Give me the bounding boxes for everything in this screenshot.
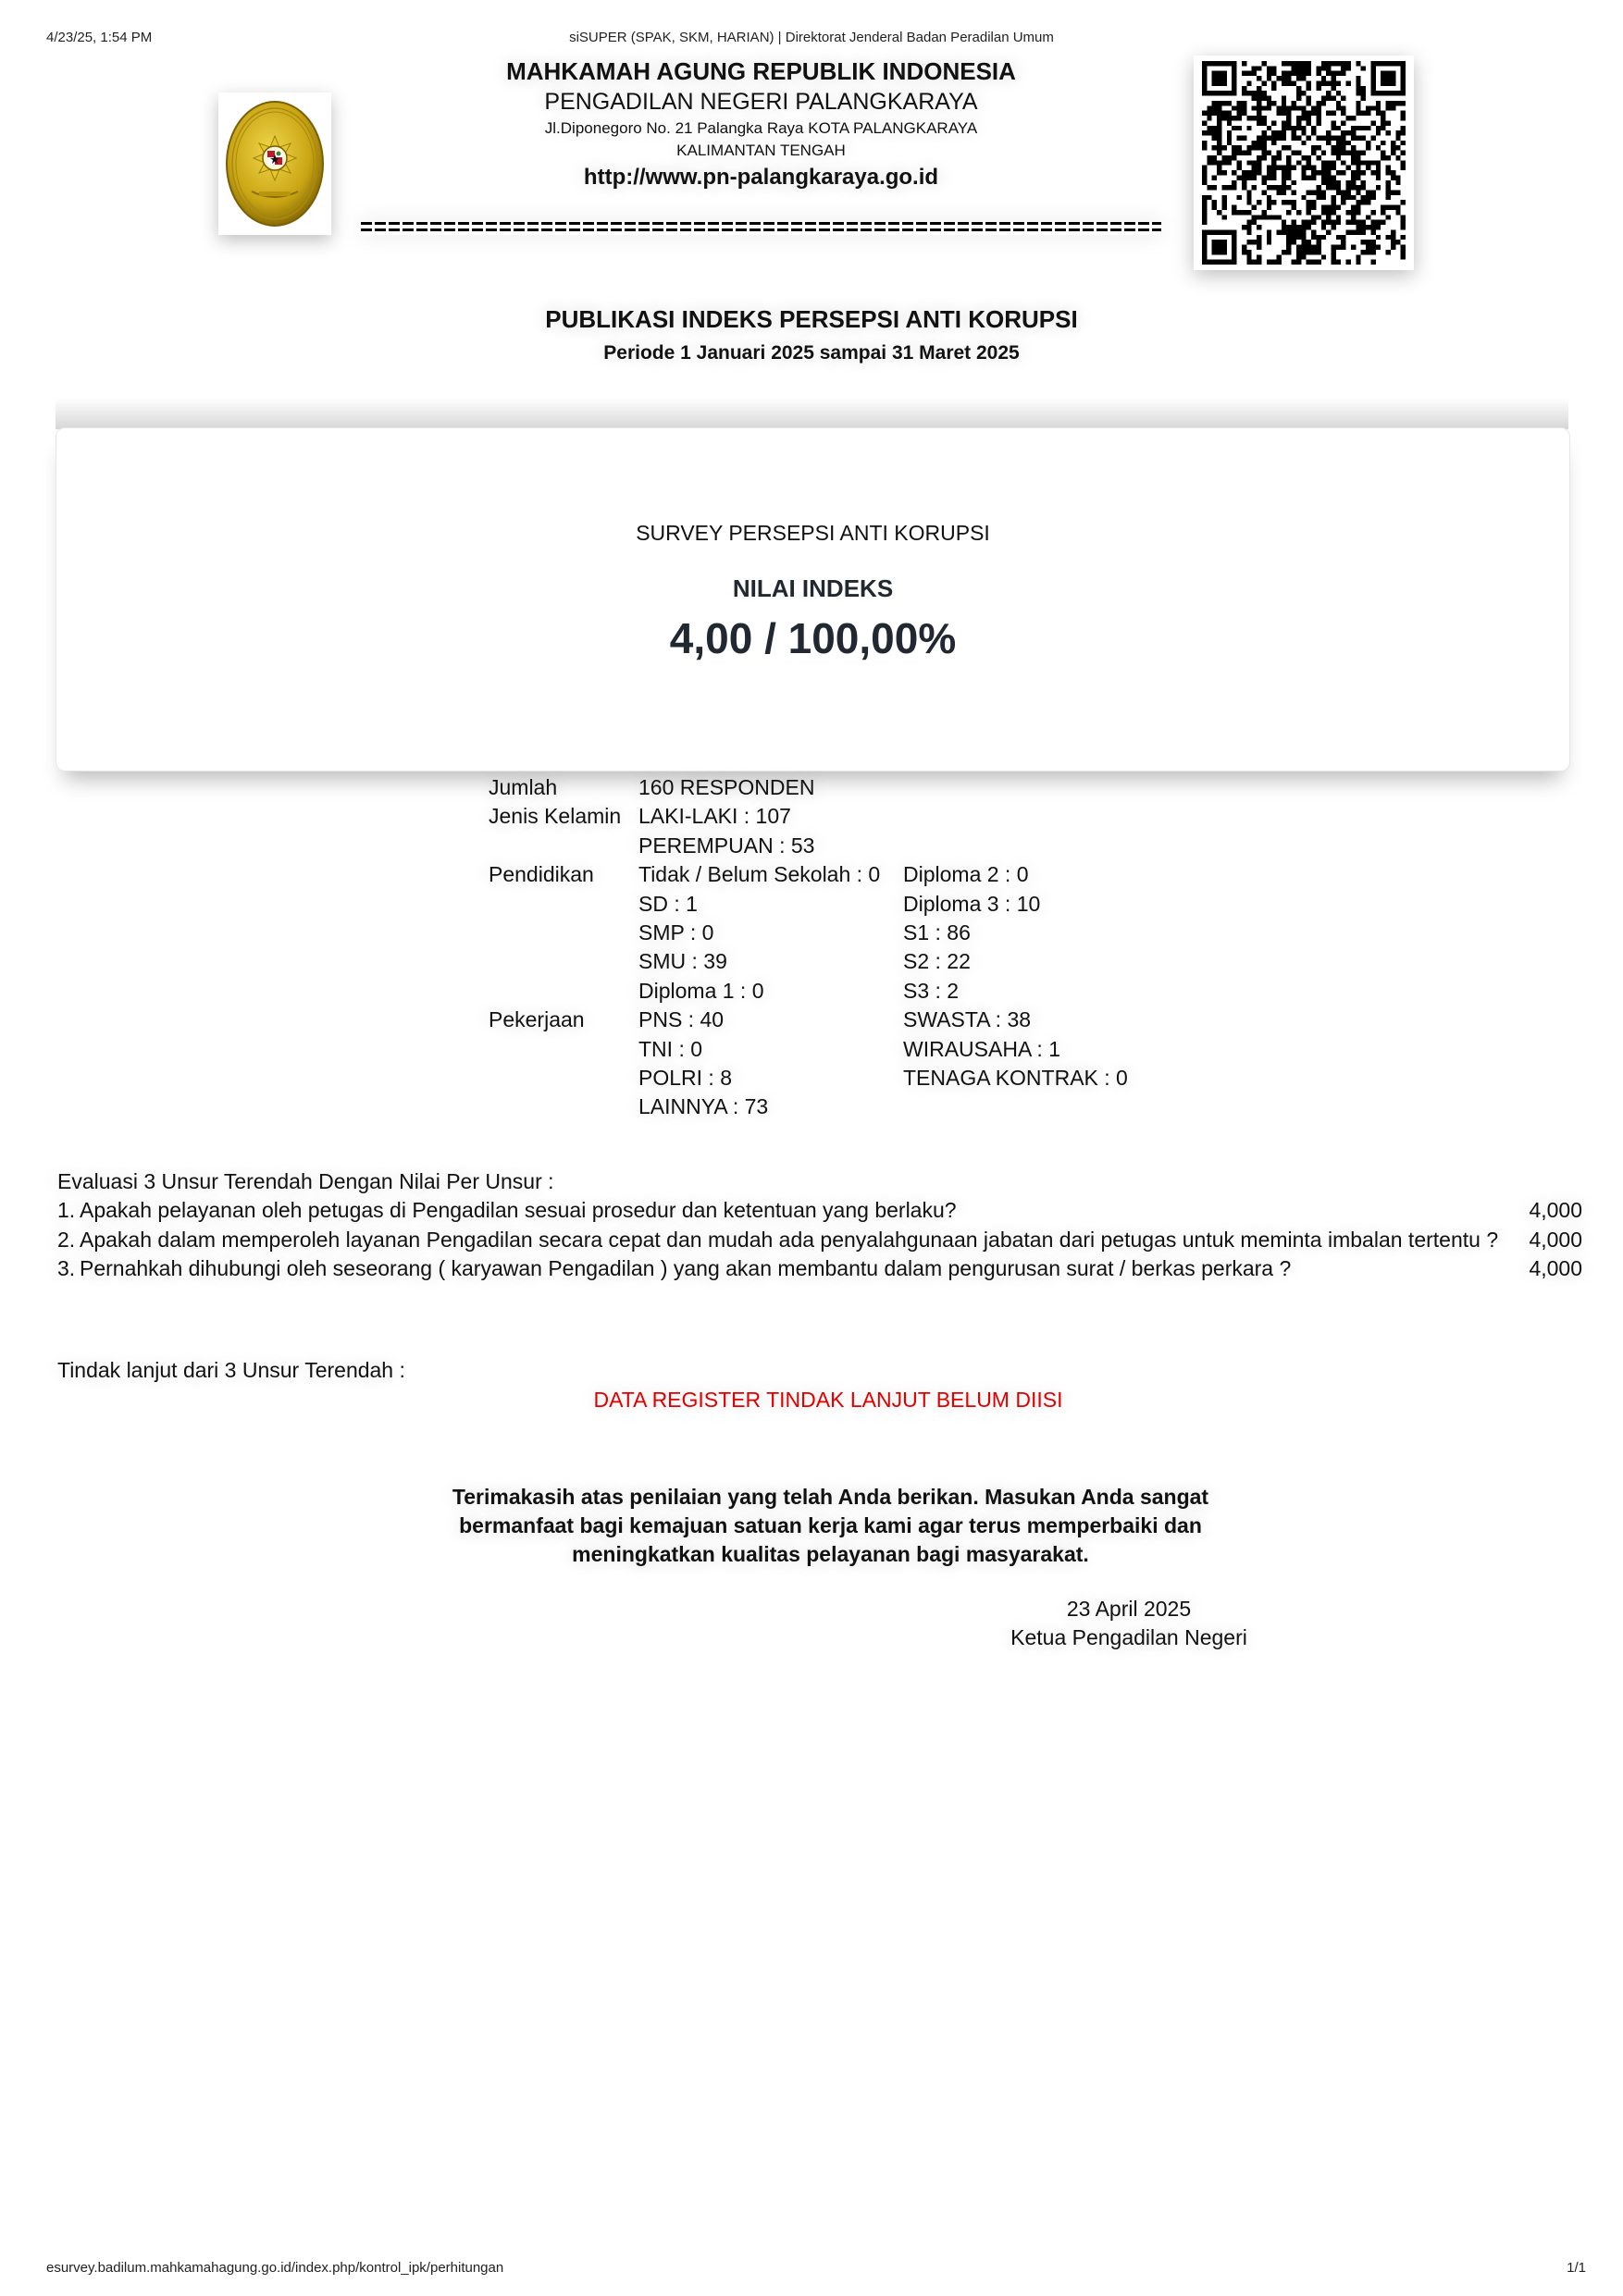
stats-value-col2: SWASTA : 38	[903, 1006, 1031, 1034]
evaluation-item: 3.Pernahkah dihubungi oleh seseorang ( k…	[57, 1254, 1582, 1283]
stats-row: Diploma 1 : 0S3 : 2	[489, 977, 1128, 1006]
stats-key	[489, 919, 638, 947]
stats-row: LAINNYA : 73	[489, 1092, 1128, 1121]
evaluation-score: 4,000	[1521, 1254, 1582, 1283]
stats-key: Jumlah	[489, 773, 638, 802]
stats-value-col1: LAKI-LAKI : 107	[638, 802, 903, 831]
stats-value-col2: S2 : 22	[903, 947, 971, 976]
evaluation-number: 3.	[57, 1254, 80, 1283]
index-sublabel: NILAI INDEKS	[56, 574, 1569, 603]
survey-label: SURVEY PERSEPSI ANTI KORUPSI	[56, 521, 1569, 546]
qr-code-box	[1194, 56, 1414, 270]
stats-value-col1: SMU : 39	[638, 947, 903, 976]
signatory-title: Ketua Pengadilan Negeri	[962, 1623, 1295, 1652]
stats-value-col1: PEREMPUAN : 53	[638, 832, 903, 860]
stats-value-col1: LAINNYA : 73	[638, 1092, 903, 1121]
stats-row: PEREMPUAN : 53	[489, 832, 1128, 860]
stats-row: PekerjaanPNS : 40SWASTA : 38	[489, 1006, 1128, 1034]
stats-value-col2: S3 : 2	[903, 977, 959, 1006]
stats-row: SD : 1Diploma 3 : 10	[489, 890, 1128, 919]
stats-value-col1: SD : 1	[638, 890, 903, 919]
evaluation-section: Evaluasi 3 Unsur Terendah Dengan Nilai P…	[57, 1167, 1582, 1284]
stats-value-col1: POLRI : 8	[638, 1064, 903, 1092]
stats-row: Jenis KelaminLAKI-LAKI : 107	[489, 802, 1128, 831]
stats-key	[489, 1064, 638, 1092]
letterhead-separator	[361, 222, 1161, 235]
signature-date: 23 April 2025	[962, 1595, 1295, 1623]
followup-status: DATA REGISTER TINDAK LANJUT BELUM DIISI	[0, 1388, 1623, 1413]
evaluation-item: 1.Apakah pelayanan oleh petugas di Penga…	[57, 1196, 1582, 1225]
stats-value-col2: TENAGA KONTRAK : 0	[903, 1064, 1128, 1092]
evaluation-score: 4,000	[1521, 1196, 1582, 1225]
print-page-number: 1/1	[1567, 2260, 1586, 2276]
stats-value-col1: Diploma 1 : 0	[638, 977, 903, 1006]
stats-row: SMU : 39S2 : 22	[489, 947, 1128, 976]
print-url: esurvey.badilum.mahkamahagung.go.id/inde…	[46, 2260, 503, 2276]
stats-row: TNI : 0WIRAUSAHA : 1	[489, 1035, 1128, 1064]
stats-key: Jenis Kelamin	[489, 802, 638, 831]
evaluation-question: Apakah dalam memperoleh layanan Pengadil…	[80, 1226, 1521, 1254]
respondent-stats: Jumlah160 RESPONDENJenis KelaminLAKI-LAK…	[489, 773, 1128, 1122]
stats-value-col1: Tidak / Belum Sekolah : 0	[638, 860, 903, 889]
evaluation-question: Apakah pelayanan oleh petugas di Pengadi…	[80, 1196, 1521, 1225]
court-website: http://www.pn-palangkaraya.go.id	[361, 162, 1161, 193]
evaluation-score: 4,000	[1521, 1226, 1582, 1254]
evaluation-heading: Evaluasi 3 Unsur Terendah Dengan Nilai P…	[57, 1167, 1582, 1196]
mahkamah-agung-emblem-icon	[224, 99, 326, 228]
stats-row: POLRI : 8TENAGA KONTRAK : 0	[489, 1064, 1128, 1092]
stats-key: Pekerjaan	[489, 1006, 638, 1034]
stats-value-col1: SMP : 0	[638, 919, 903, 947]
stats-value-col1: TNI : 0	[638, 1035, 903, 1064]
letterhead: MAHKAMAH AGUNG REPUBLIK INDONESIA PENGAD…	[361, 56, 1161, 193]
court-logo	[218, 93, 331, 235]
evaluation-number: 2.	[57, 1226, 80, 1254]
index-card: SURVEY PERSEPSI ANTI KORUPSI NILAI INDEK…	[56, 427, 1570, 772]
stats-key	[489, 947, 638, 976]
stats-key	[489, 1035, 638, 1064]
stats-value-col2: Diploma 2 : 0	[903, 860, 1029, 889]
stats-key	[489, 890, 638, 919]
evaluation-list: 1.Apakah pelayanan oleh petugas di Penga…	[57, 1196, 1582, 1283]
stats-key: Pendidikan	[489, 860, 638, 889]
evaluation-item: 2.Apakah dalam memperoleh layanan Pengad…	[57, 1226, 1582, 1254]
card-top-shadow	[56, 398, 1568, 429]
court-province: KALIMANTAN TENGAH	[361, 140, 1161, 162]
stats-value-col2: S1 : 86	[903, 919, 971, 947]
followup-label: Tindak lanjut dari 3 Unsur Terendah :	[57, 1358, 405, 1383]
organization-name: MAHKAMAH AGUNG REPUBLIK INDONESIA	[361, 56, 1161, 87]
publication-period: Periode 1 Januari 2025 sampai 31 Maret 2…	[0, 342, 1623, 364]
evaluation-question: Pernahkah dihubungi oleh seseorang ( kar…	[80, 1254, 1521, 1283]
stats-value-col1: 160 RESPONDEN	[638, 773, 903, 802]
print-page-title: siSUPER (SPAK, SKM, HARIAN) | Direktorat…	[0, 30, 1623, 45]
stats-key	[489, 977, 638, 1006]
signature-block: 23 April 2025 Ketua Pengadilan Negeri	[962, 1595, 1295, 1652]
stats-value-col2: WIRAUSAHA : 1	[903, 1035, 1060, 1064]
stats-key	[489, 1092, 638, 1121]
qr-code-icon	[1202, 61, 1406, 265]
court-address: Jl.Diponegoro No. 21 Palangka Raya KOTA …	[361, 117, 1161, 140]
court-name: PENGADILAN NEGERI PALANGKARAYA	[361, 87, 1161, 117]
stats-row: Jumlah160 RESPONDEN	[489, 773, 1128, 802]
stats-row: SMP : 0S1 : 86	[489, 919, 1128, 947]
index-value: 4,00 / 100,00%	[56, 613, 1569, 663]
stats-value-col1: PNS : 40	[638, 1006, 903, 1034]
stats-row: PendidikanTidak / Belum Sekolah : 0Diplo…	[489, 860, 1128, 889]
thank-you-message: Terimakasih atas penilaian yang telah An…	[398, 1483, 1263, 1569]
stats-value-col2: Diploma 3 : 10	[903, 890, 1040, 919]
stats-key	[489, 832, 638, 860]
publication-title: PUBLIKASI INDEKS PERSEPSI ANTI KORUPSI	[0, 305, 1623, 334]
evaluation-number: 1.	[57, 1196, 80, 1225]
